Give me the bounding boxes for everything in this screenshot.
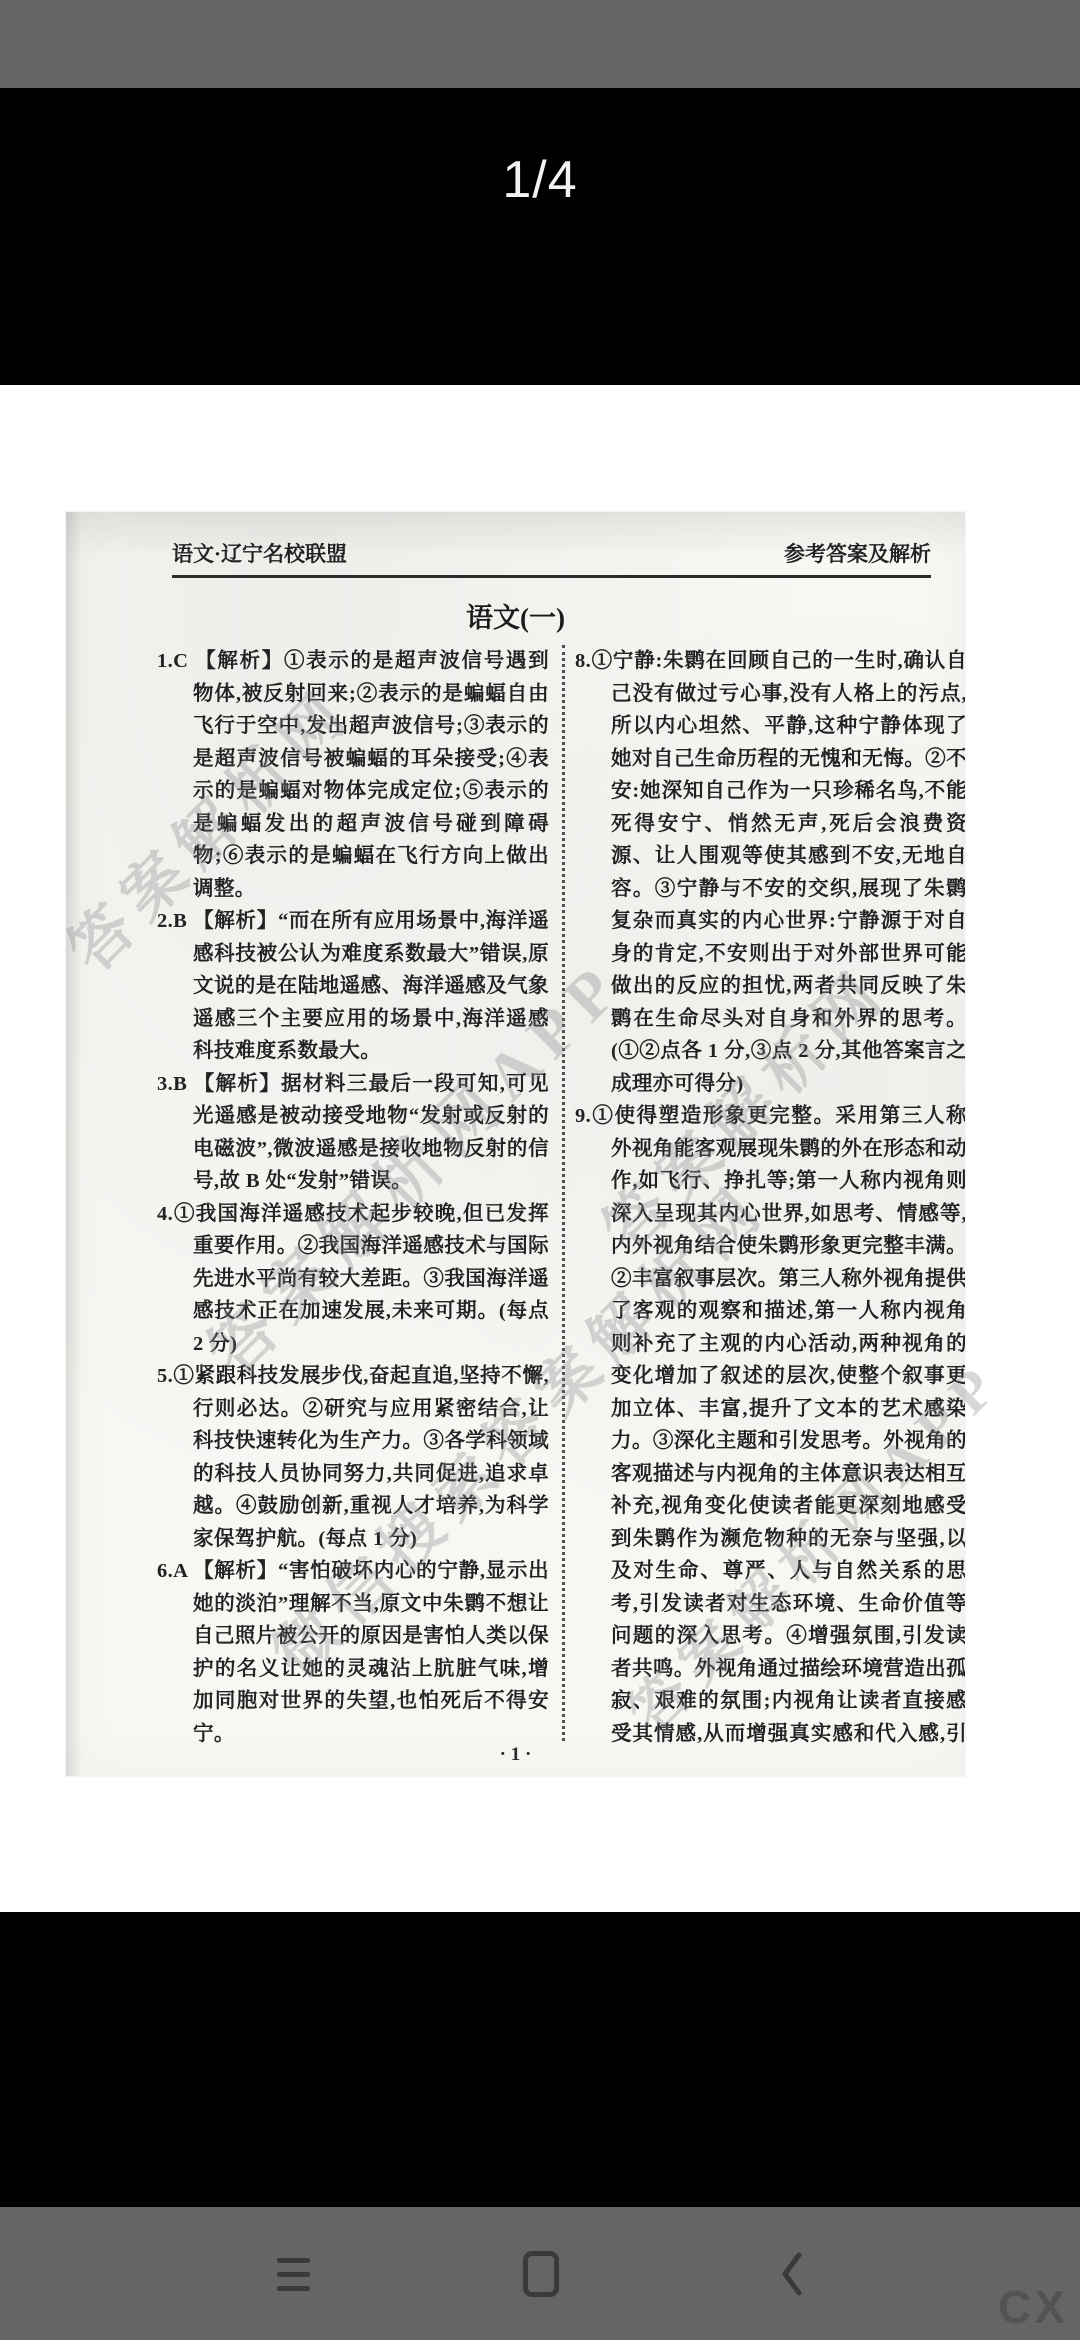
right-column: 8.①宁静:朱鹮在回顾自己的一生时,确认自己没有做过亏心事,没有人格上的污点,所… (575, 645, 965, 1745)
home-button[interactable] (509, 2239, 573, 2309)
viewer-bottom-band (0, 1912, 1080, 2207)
viewer-top-band: 1/4 (0, 88, 1080, 385)
answer-item-5: 5.①紧跟科技发展步伐,奋起直追,坚持不懈,行则必达。②研究与应用紧密结合,让科… (157, 1360, 549, 1555)
chevron-left-icon (772, 2249, 812, 2299)
answer-item-3: 3.B 【解析】据材料三最后一段可知,可见光遥感是被动接受地物“发射或反射的电磁… (157, 1068, 549, 1198)
corner-watermark: CX (998, 2280, 1068, 2334)
header-rule (172, 575, 931, 578)
back-button[interactable] (760, 2239, 824, 2309)
answer-item-2: 2.B 【解析】“而在所有应用场景中,海洋遥感科技被公认为难度系数最大”错误,原… (157, 905, 549, 1068)
answer-item-4: 4.①我国海洋遥感技术起步较晚,但已发挥重要作用。②我国海洋遥感技术与国际先进水… (157, 1198, 549, 1361)
square-icon (523, 2251, 559, 2297)
doc-header-left: 语文·辽宁名校联盟 (172, 538, 347, 568)
answer-item-8: 8.①宁静:朱鹮在回顾自己的一生时,确认自己没有做过亏心事,没有人格上的污点,所… (575, 645, 965, 1100)
doc-header-right: 参考答案及解析 (784, 538, 931, 568)
answer-item-6: 6.A 【解析】“害怕破坏内心的宁静,显示出她的淡泊”理解不当,原文中朱鹮不想让… (157, 1555, 549, 1745)
status-bar (0, 0, 1080, 88)
menu-button[interactable] (261, 2239, 325, 2309)
answer-columns: 1.C 【解析】①表示的是超声波信号遇到物体,被反射回来;②表示的是蝙蝠自由飞行… (66, 645, 965, 1745)
document-page[interactable]: 语文·辽宁名校联盟 参考答案及解析 语文(一) 1.C 【解析】①表示的是超声波… (66, 512, 965, 1776)
hamburger-icon (277, 2258, 310, 2263)
column-divider (562, 645, 565, 1741)
document-header: 语文·辽宁名校联盟 参考答案及解析 (172, 538, 931, 568)
doc-page-number: · 1 · (66, 1744, 965, 1766)
answer-item-1: 1.C 【解析】①表示的是超声波信号遇到物体,被反射回来;②表示的是蝙蝠自由飞行… (157, 645, 549, 905)
page-indicator: 1/4 (0, 150, 1080, 210)
android-nav-bar: CX (0, 2207, 1080, 2340)
doc-title: 语文(一) (66, 596, 965, 635)
phone-screen: 1/4 语文·辽宁名校联盟 参考答案及解析 语文(一) 1.C 【解析】①表示的… (0, 0, 1080, 2340)
left-column: 1.C 【解析】①表示的是超声波信号遇到物体,被反射回来;②表示的是蝙蝠自由飞行… (157, 645, 549, 1745)
answer-item-9: 9.①使得塑造形象更完整。采用第三人称外视角能客观展现朱鹮的外在形态和动作,如飞… (575, 1100, 965, 1745)
